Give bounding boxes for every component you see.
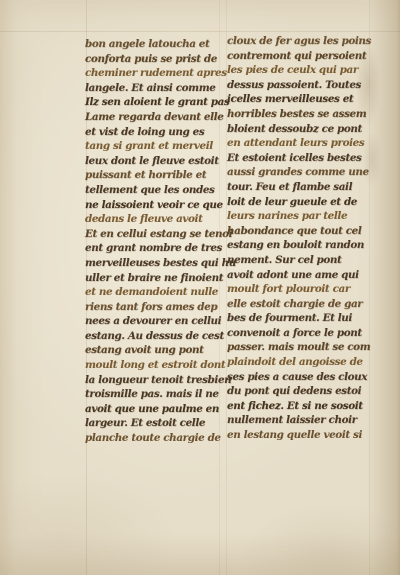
text-line: Et en cellui estang se tenoi xyxy=(85,227,222,242)
text-line: tellement que les ondes xyxy=(85,183,222,198)
text-line: estang avoit ung pont xyxy=(85,343,222,358)
text-column-right: cloux de fer agus les poinscontremont qu… xyxy=(227,34,371,443)
text-line: riens tant fors ames dep xyxy=(85,300,222,315)
text-line: convenoit a force le pont xyxy=(227,326,371,341)
text-line: Ilz sen aloient le grant pas xyxy=(85,95,222,110)
text-line: ent grant nombre de tres xyxy=(85,241,222,256)
text-line: aussi grandes comme une xyxy=(227,165,371,180)
text-line: et ne demandoient nulle xyxy=(85,285,222,300)
text-line: moult long et estroit dont xyxy=(85,358,222,373)
text-line: bes de fourment. Et lui xyxy=(227,311,371,326)
text-line: planche toute chargie de xyxy=(85,431,222,446)
manuscript-page: bon angele latoucha etconforta puis se p… xyxy=(0,0,400,575)
text-line: et vist de loing ung es xyxy=(85,125,222,140)
text-line: ses pies a cause des cloux xyxy=(227,370,371,385)
text-line: avoit adont une ame qui xyxy=(227,268,371,283)
text-line: la longueur tenoit tresbien xyxy=(85,373,222,388)
text-line: horribles bestes se assem xyxy=(227,107,371,122)
text-line: cloux de fer agus les poins xyxy=(227,34,371,49)
text-line: estang. Au dessus de cest xyxy=(85,329,222,344)
text-line: dedans le fleuve avoit xyxy=(85,212,222,227)
text-line: les pies de ceulx qui par xyxy=(227,63,371,78)
text-line: langele. Et ainsi comme xyxy=(85,81,222,96)
text-line: en attendant leurs proies xyxy=(227,136,371,151)
text-line: puissant et horrible et xyxy=(85,168,222,183)
text-line: nement. Sur cel pont xyxy=(227,253,371,268)
text-line: cheminer rudement apres xyxy=(85,66,222,81)
text-line: leurs narines par telle xyxy=(227,209,371,224)
text-line: bloient dessoubz ce pont xyxy=(227,122,371,137)
text-line: Lame regarda devant elle xyxy=(85,110,222,125)
text-line: leux dont le fleuve estoit xyxy=(85,154,222,169)
text-line: conforta puis se prist de xyxy=(85,52,222,67)
text-line: bon angele latoucha et xyxy=(85,37,222,52)
text-line: moult fort plouroit car xyxy=(227,282,371,297)
text-line: tour. Feu et flambe sail xyxy=(227,180,371,195)
text-line: Et estoient icelles bestes xyxy=(227,151,371,166)
text-line: avoit que une paulme en xyxy=(85,402,222,417)
text-line: loit de leur gueule et de xyxy=(227,195,371,210)
text-line: en lestang quelle veoit si xyxy=(227,428,371,443)
text-line: contremont qui persoient xyxy=(227,49,371,64)
text-line: passer. mais moult se com xyxy=(227,340,371,355)
text-line: dessus passoient. Toutes xyxy=(227,78,371,93)
text-line: largeur. Et estoit celle xyxy=(85,416,222,431)
text-line: tang si grant et merveil xyxy=(85,139,222,154)
text-line: habondance que tout cel xyxy=(227,224,371,239)
text-line: merveilleuses bestes qui hu xyxy=(85,256,222,271)
text-column-left: bon angele latoucha etconforta puis se p… xyxy=(85,37,222,446)
text-line: plaindoit del angoisse de xyxy=(227,355,371,370)
text-line: icelles merveilleuses et xyxy=(227,92,371,107)
text-line: uller et braire ne finoient xyxy=(85,271,222,286)
text-line: nees a devourer en cellui xyxy=(85,314,222,329)
text-line: troismille pas. mais il ne xyxy=(85,387,222,402)
text-line: nullement laissier choir xyxy=(227,413,371,428)
text-line: du pont qui dedens estoi xyxy=(227,384,371,399)
text-line: ent fichez. Et si ne sosoit xyxy=(227,399,371,414)
ruling-line-horizontal-top xyxy=(0,31,400,32)
text-line: estang en bouloit randon xyxy=(227,238,371,253)
text-line: elle estoit chargie de gar xyxy=(227,297,371,312)
text-line: ne laissoient veoir ce que xyxy=(85,198,222,213)
